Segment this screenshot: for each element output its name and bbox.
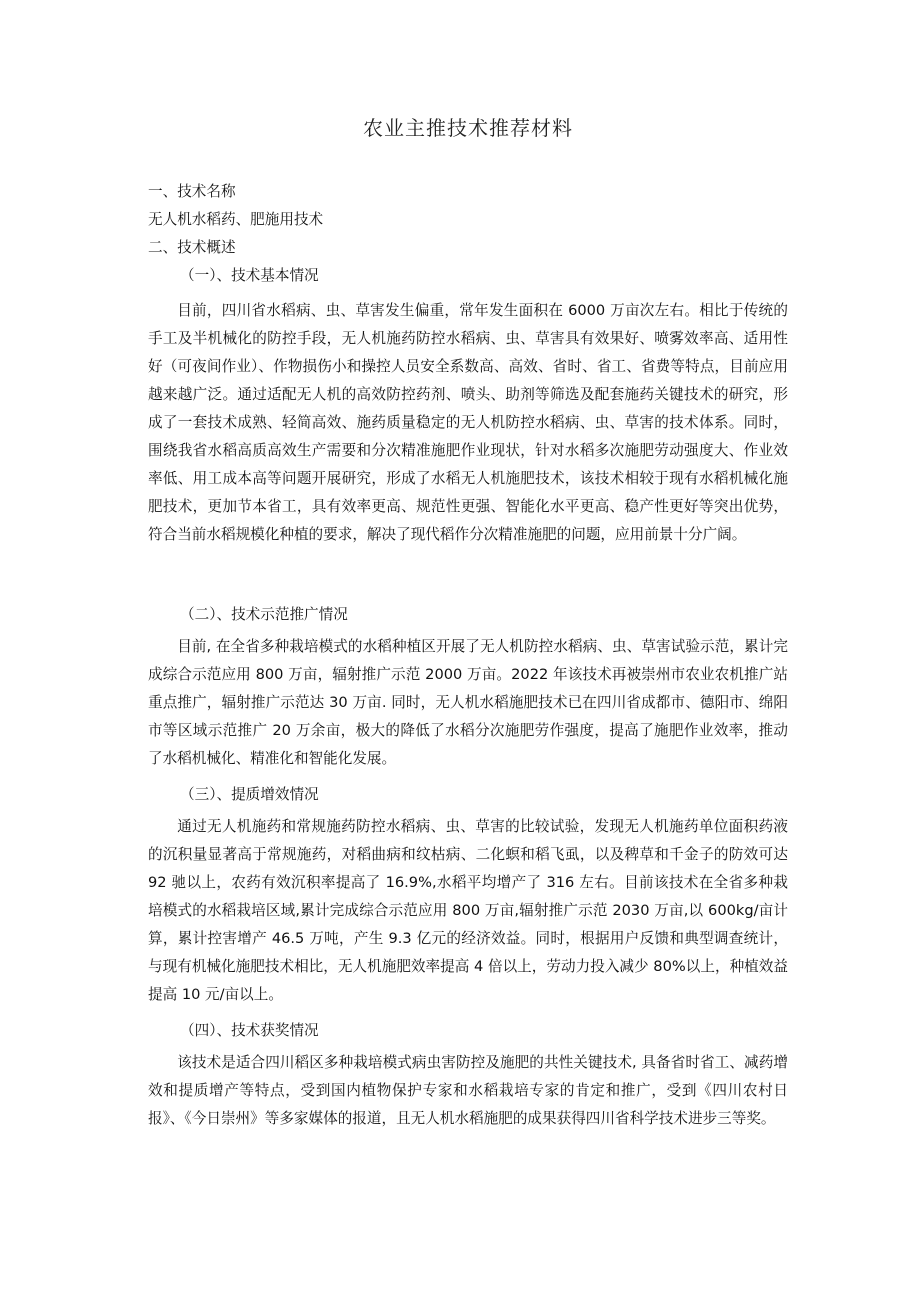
paragraph-quality: 通过无人机施药和常规施药防控水稻病、虫、草害的比较试验，发现无人机施药单位面积药… xyxy=(148,813,788,1009)
subsection-heading-promotion: （二）、技术示范推广情况 xyxy=(180,605,348,625)
subsection-heading-awards: （四）、技术获奖情况 xyxy=(180,1021,319,1041)
section-heading-tech-name: 一、技术名称 xyxy=(148,182,236,202)
document-title: 农业主推技术推荐材料 xyxy=(148,112,788,141)
tech-name-text: 无人机水稻药、肥施用技术 xyxy=(148,210,323,230)
paragraph-promotion: 目前, 在全省多种栽培模式的水稻种植区开展了无人机防控水稻病、虫、草害试验示范，… xyxy=(148,633,788,773)
paragraph-awards: 该技术是适合四川稻区多种栽培模式病虫害防控及施肥的共性关键技术, 具备省时省工、… xyxy=(148,1049,788,1133)
subsection-heading-basic: （一）、技术基本情况 xyxy=(180,266,319,286)
section-heading-overview: 二、技术概述 xyxy=(148,238,236,258)
subsection-heading-quality: （三）、提质增效情况 xyxy=(180,785,319,805)
paragraph-basic: 目前，四川省水稻病、虫、草害发生偏重，常年发生面积在 6000 万亩次左右。相比… xyxy=(148,297,788,549)
